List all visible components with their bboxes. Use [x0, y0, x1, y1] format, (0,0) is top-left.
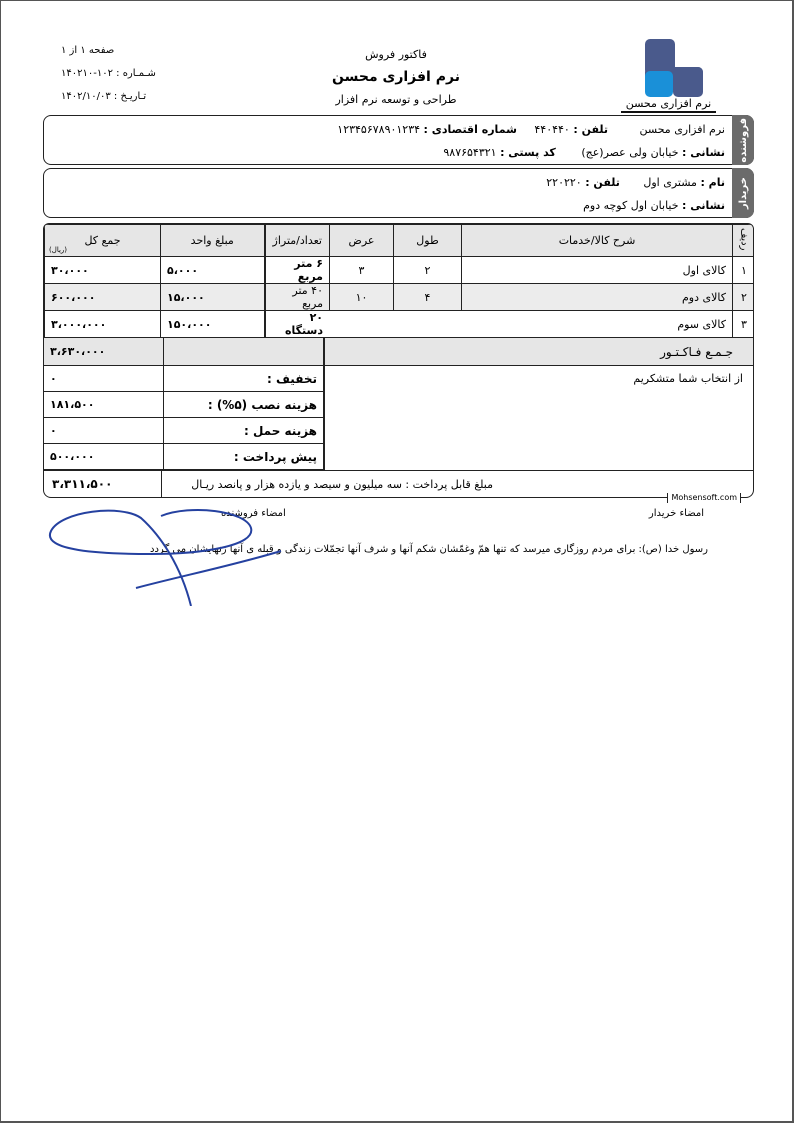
buyer-name: مشتری اول [643, 176, 697, 189]
col-total: جمع کل(ریال) [45, 225, 161, 257]
col-unit-price: مبلغ واحد [161, 225, 265, 257]
row-unit-price: ۱۵۰،۰۰۰ [161, 311, 265, 338]
subtotal-value: ۳،۶۳۰،۰۰۰ [44, 338, 163, 365]
buyer-phone: ۲۲۰۲۲۰ [546, 176, 581, 189]
col-width: عرض [330, 225, 394, 257]
signature-scribble-icon [41, 506, 301, 606]
totals-section: ۳،۶۳۰،۰۰۰ تخفیف :۰هزینه نصب (۵%) :۱۸۱،۵۰… [43, 338, 754, 498]
subtotal-row: ۳،۶۳۰،۰۰۰ [44, 338, 323, 366]
col-description: شرح کالا/خدمات [462, 225, 733, 257]
logo-caption: نرم افزاری محسن [621, 97, 716, 113]
seller-signature-label: امضاء فروشنده [221, 508, 286, 519]
row-width [330, 311, 394, 338]
col-index: ردیف [733, 225, 755, 257]
page-indicator: صفحه ۱ از ۱ [61, 45, 191, 56]
seller-econ-no: ۱۲۳۴۵۶۷۸۹۰۱۲۳۴ [337, 123, 420, 136]
row-unit-price: ۵،۰۰۰ [161, 257, 265, 284]
row-unit-price: ۱۵،۰۰۰ [161, 284, 265, 311]
table-row: ۳کالای سوم۲۰ دستگاه۱۵۰،۰۰۰۳،۰۰۰،۰۰۰ [45, 311, 755, 338]
table-header-row: ردیف شرح کالا/خدمات طول عرض تعداد/متراژ … [45, 225, 755, 257]
totals-line: تخفیف :۰ [44, 366, 323, 392]
buyer-side-label: خریدار [732, 168, 754, 218]
row-total: ۳،۰۰۰،۰۰۰ [45, 311, 161, 338]
row-length: ۴ [394, 284, 462, 311]
buyer-address-label: نشانی : [682, 199, 725, 212]
row-length: ۲ [394, 257, 462, 284]
seller-phone-label: تلفن : [573, 123, 608, 136]
row-total: ۶۰۰،۰۰۰ [45, 284, 161, 311]
row-total: ۳۰،۰۰۰ [45, 257, 161, 284]
totals-line-label: هزینه حمل : [163, 418, 323, 443]
company-name: نرم افزاری محسن [301, 69, 491, 85]
totals-line-value: ۰ [44, 418, 163, 443]
totals-line: هزینه حمل :۰ [44, 418, 323, 444]
buyer-address: خیابان اول کوچه دوم [583, 199, 678, 212]
seller-address-label: نشانی : [682, 146, 725, 159]
seller-side-label: فروشنده [732, 115, 754, 165]
row-quantity: ۲۰ دستگاه [265, 311, 330, 338]
items-table: ردیف شرح کالا/خدمات طول عرض تعداد/متراژ … [43, 223, 754, 339]
row-description: کالای سوم [462, 311, 733, 338]
buyer-box: خریدار نام : مشتری اول تلفن : ۲۲۰۲۲۰ نشا… [43, 168, 754, 218]
invoice-page: صفحه ۱ از ۱ شـمـاره : ۱۰۲-۱۴۰۲۱۰ تـاریـخ… [0, 0, 794, 1123]
document-type: فاکتور فروش [301, 48, 491, 61]
buyer-phone-label: تلفن : [585, 176, 620, 189]
seller-phone: ۴۴۰۴۴۰ [534, 123, 569, 136]
totals-line-label: تخفیف : [163, 366, 323, 391]
row-quantity: ۶ متر مربع [265, 257, 330, 284]
row-index: ۲ [733, 284, 755, 311]
col-quantity: تعداد/متراژ [265, 225, 330, 257]
footer-quote: رسول خدا (ص): برای مردم روزگاری میرسد که… [141, 544, 708, 555]
buyer-name-label: نام : [700, 176, 725, 189]
row-length [394, 311, 462, 338]
totals-line-value: ۱۸۱،۵۰۰ [44, 392, 163, 417]
seller-postal-label: کد پستی : [500, 146, 556, 159]
payable-amount: ۳،۳۱۱،۵۰۰ [44, 471, 162, 497]
col-length: طول [394, 225, 462, 257]
row-index: ۱ [733, 257, 755, 284]
row-width: ۳ [330, 257, 394, 284]
totals-line-label: هزینه نصب (۵%) : [163, 392, 323, 417]
company-tagline: طراحی و توسعه نرم افزار [301, 93, 491, 106]
totals-line: هزینه نصب (۵%) :۱۸۱،۵۰۰ [44, 392, 323, 418]
buyer-signature-label: امضاء خریدار [649, 508, 704, 519]
totals-line: پیش پرداخت :۵۰۰،۰۰۰ [44, 444, 323, 470]
seller-address: خیابان ولی عصر(عج) [581, 146, 678, 159]
thanks-note: از انتخاب شما متشکریم [325, 366, 753, 391]
seller-econ-label: شماره اقتصادی : [424, 123, 517, 136]
row-quantity: ۴۰ متر مربع [265, 284, 330, 311]
seller-name: نرم افزاری محسن [640, 123, 725, 136]
totals-title: جـمـع فـاکـتـور [325, 338, 753, 366]
row-description: کالای اول [462, 257, 733, 284]
totals-line-value: ۵۰۰،۰۰۰ [44, 444, 163, 469]
totals-line-value: ۰ [44, 366, 163, 391]
row-index: ۳ [733, 311, 755, 338]
invoice-date: تـاریـخ : ۱۴۰۲/۱۰/۰۳ [61, 91, 191, 102]
invoice-number: شـمـاره : ۱۰۲-۱۴۰۲۱۰ [61, 68, 191, 79]
payable-words: مبلغ قابل پرداخت : سه میلیون و سیصد و یا… [162, 471, 753, 497]
table-row: ۱کالای اول۲۳۶ متر مربع۵،۰۰۰۳۰،۰۰۰ [45, 257, 755, 284]
seller-box: فروشنده نرم افزاری محسن تلفن : ۴۴۰۴۴۰ شم… [43, 115, 754, 165]
table-row: ۲کالای دوم۴۱۰۴۰ متر مربع۱۵،۰۰۰۶۰۰،۰۰۰ [45, 284, 755, 311]
payable-row: مبلغ قابل پرداخت : سه میلیون و سیصد و یا… [44, 470, 753, 497]
row-description: کالای دوم [462, 284, 733, 311]
seller-postal: ۹۸۷۶۵۴۳۲۱ [443, 146, 496, 159]
brand-watermark: Mohsensoft.com [667, 493, 741, 503]
row-width: ۱۰ [330, 284, 394, 311]
totals-line-label: پیش پرداخت : [163, 444, 323, 469]
